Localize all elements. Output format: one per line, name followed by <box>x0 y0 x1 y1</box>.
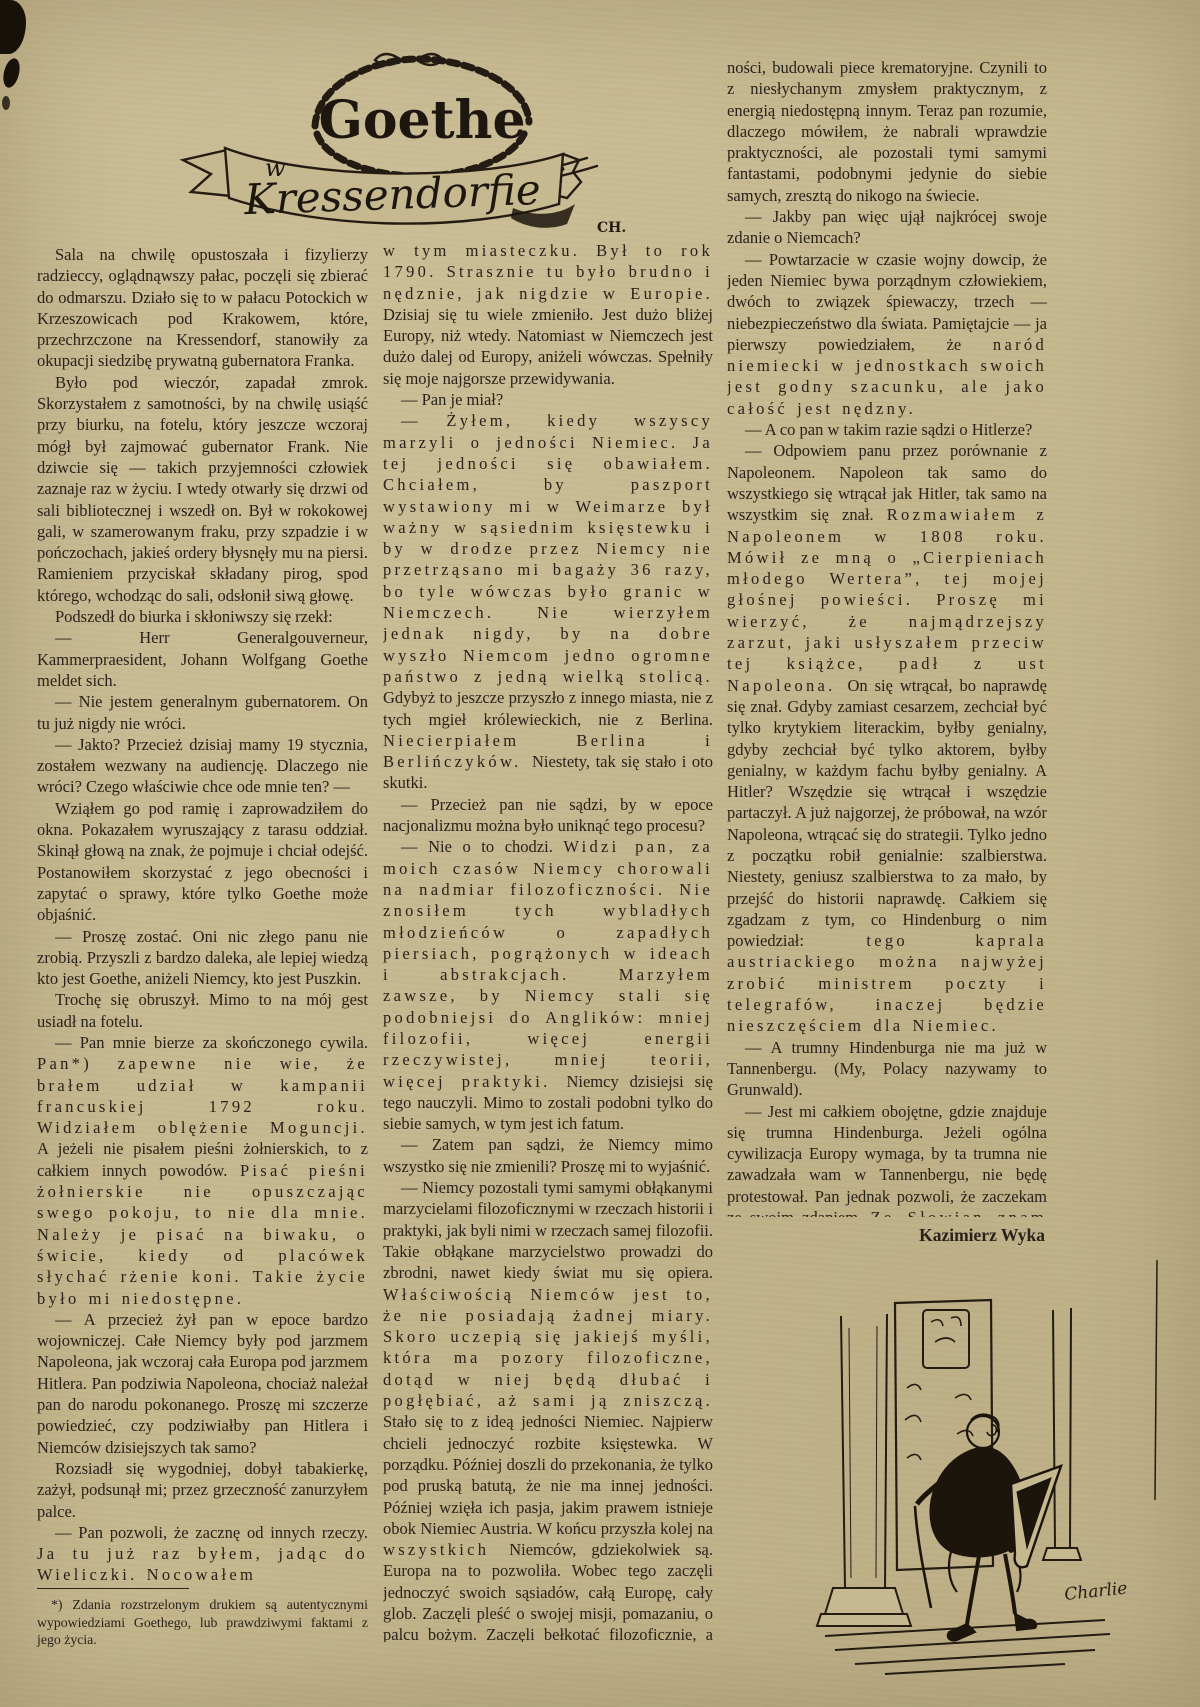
text-run: — A co pan w takim razie sądzi o Hitlerz… <box>745 420 1032 439</box>
emphasized-goethe-quote: wszystkich <box>383 1540 509 1559</box>
text-column-1: Sala na chwilę opustoszała i fizylierzy … <box>37 244 368 1584</box>
text-run: — Zatem pan sądzi, że Niemcy mimo wszyst… <box>383 1135 713 1175</box>
paragraph: — Herr Generalgouverneur, Kammerpraeside… <box>37 627 368 691</box>
emphasized-goethe-quote: Ja tu już raz byłem, jadąc do Wieliczki.… <box>37 1544 368 1584</box>
paragraph: — Powtarzacie w czasie wojny dowcip, że … <box>727 249 1047 419</box>
ribbon-left-tail <box>183 150 231 196</box>
footnote: *) Zdania rozstrzelonym drukiem są auten… <box>37 1588 368 1649</box>
text-run: ności, budowali piece krematoryjne. Czyn… <box>727 58 1047 205</box>
paragraph: — Pan je miał? <box>383 389 713 410</box>
footnote-rule <box>37 1588 189 1589</box>
text-run: — Nie o to chodzi. <box>401 837 563 856</box>
paragraph: — A co pan w takim razie sądzi o Hitlerz… <box>727 419 1047 440</box>
paragraph: — A trumny Hindenburga nie ma już w Tann… <box>727 1037 1047 1101</box>
paragraph: Trochę się obruszył. Mimo to na mój gest… <box>37 989 368 1032</box>
text-run: Trochę się obruszył. Mimo to na mój gest… <box>37 990 368 1030</box>
cane <box>915 1506 931 1608</box>
paragraph: w tym miasteczku. Był to rok 1790. Stras… <box>383 240 713 389</box>
text-run: Wziąłem go pod ramię i zaprowadziłem do … <box>37 799 368 924</box>
text-run: — Jakby pan więc ujął najkrócej swoje zd… <box>727 207 1047 247</box>
figure-head <box>967 1416 999 1448</box>
paragraph: Było pod wieczór, zapadał zmrok. Skorzys… <box>37 372 368 606</box>
emphasized-goethe-quote: Właściwością Niemców jest to, że nie pos… <box>383 1285 713 1410</box>
text-run: Sala na chwilę opustoszała i fizylierzy … <box>37 245 368 370</box>
illustrator-signature: Charlie <box>1063 1578 1128 1604</box>
title-art-svg: Goethe w Kressendorfie CH. <box>165 46 645 244</box>
text-run: On się wtrącał, bo naprawdę się znał. Gd… <box>727 676 1047 951</box>
paragraph: — Przecież pan nie sądzi, by w epoce nac… <box>383 794 713 837</box>
paragraph: — Jest mi całkiem obojętne, gdzie znajdu… <box>727 1101 1047 1217</box>
door-window <box>923 1310 969 1368</box>
text-run: Gdybyż to jeszcze przyszło z innego mias… <box>383 688 713 728</box>
paragraph: — Żyłem, kiedy wszyscy marzyli o jednośc… <box>383 410 713 793</box>
scan-artifact <box>2 96 10 110</box>
title-kressendorfie: Kressendorfie <box>243 165 542 224</box>
figure-shoe-left <box>948 1624 975 1641</box>
paragraph: — Nie o to chodzi. Widzi pan, za moich c… <box>383 836 713 1134</box>
paragraph: — Proszę zostać. Oni nic złego panu nie … <box>37 926 368 990</box>
text-run: — Herr Generalgouverneur, Kammerpraeside… <box>37 628 368 690</box>
text-run: — Przecież pan nie sądzi, by w epoce nac… <box>383 795 713 835</box>
emphasized-goethe-quote: Pisać pieśni żołnierskie nie opuszczając… <box>37 1161 368 1308</box>
text-run: — Pan mnie bierze za skończonego cywila. <box>55 1033 368 1052</box>
text-column-2: w tym miasteczku. Był to rok 1790. Stras… <box>383 240 713 1642</box>
figure-legs <box>967 1554 1015 1624</box>
emphasized-goethe-quote: Widzi pan, za moich czasów Niemcy chorow… <box>383 837 713 1090</box>
scan-artifact <box>0 0 26 54</box>
paragraph: — Jakby pan więc ujął najkrócej swoje zd… <box>727 206 1047 249</box>
scan-artifact <box>1 57 23 90</box>
illustration-svg: Charlie <box>765 1248 1180 1680</box>
left-column-base <box>825 1588 903 1614</box>
paragraph: — Odpowiem panu przez porównanie z Napol… <box>727 440 1047 1036</box>
text-run: Stało się to z ideą jedności Niemiec. Na… <box>383 1412 713 1537</box>
emphasized-goethe-quote: w tym miasteczku. Był to rok 1790. Stras… <box>383 241 713 303</box>
text-run: Podszedł do biurka i skłoniwszy się rzek… <box>55 607 333 626</box>
byline: Kazimierz Wyka <box>727 1225 1047 1246</box>
right-column-base <box>1043 1548 1081 1560</box>
goethe-walking-illustration: Charlie <box>765 1248 1180 1680</box>
emphasized-goethe-quote: Żyłem, kiedy wszyscy marzyli o jedności … <box>383 411 713 686</box>
paragraph: — Nie jestem generalnym gubernatorem. On… <box>37 691 368 734</box>
footnote-text: *) Zdania rozstrzelonym drukiem są auten… <box>37 1596 368 1649</box>
text-column-3: ności, budowali piece krematoryjne. Czyn… <box>727 57 1047 1246</box>
paragraph: Podszedł do biurka i skłoniwszy się rzek… <box>37 606 368 627</box>
paragraph: — Zatem pan sądzi, że Niemcy mimo wszyst… <box>383 1134 713 1177</box>
paragraph: ności, budowali piece krematoryjne. Czyn… <box>727 57 1047 206</box>
text-run: — Pan je miał? <box>401 390 503 409</box>
text-run: Było pod wieczór, zapadał zmrok. Skorzys… <box>37 373 368 605</box>
text-run: — <box>401 411 446 430</box>
figure-shoe-right <box>1015 1614 1036 1630</box>
text-run: — Pan pozwoli, że zacznę od innych rzecz… <box>55 1523 368 1542</box>
text-run: — Nie jestem generalnym gubernatorem. On… <box>37 692 368 732</box>
paragraph: — Pan pozwoli, że zacznę od innych rzecz… <box>37 1522 368 1584</box>
text-run: — Niemcy pozostali tymi samymi obłąkanym… <box>383 1178 713 1282</box>
text-run: — Jakto? Przecież dzisiaj mamy 19 styczn… <box>37 735 368 797</box>
paragraph: — Pan mnie bierze za skończonego cywila.… <box>37 1032 368 1309</box>
text-run: — Jest mi całkiem obojętne, gdzie znajdu… <box>727 1102 1047 1217</box>
text-run: — A trumny Hindenburga nie ma już w Tann… <box>727 1038 1047 1100</box>
paragraph: Wziąłem go pod ramię i zaprowadziłem do … <box>37 798 368 926</box>
column-paragraphs: ności, budowali piece krematoryjne. Czyn… <box>727 57 1047 1217</box>
text-run: — A przecież żył pan w epoce bardzo wojo… <box>37 1310 368 1457</box>
wall-line <box>1155 1260 1157 1500</box>
article-title-illustration: Goethe w Kressendorfie CH. <box>165 46 645 244</box>
artist-signature: CH. <box>597 220 626 236</box>
text-run: Rozsiadł się wygodniej, dobył tabakierkę… <box>37 1459 368 1521</box>
paragraph: — A przecież żył pan w epoce bardzo wojo… <box>37 1309 368 1458</box>
emphasized-goethe-quote: Pan*) zapewne nie wie, że brałem udział … <box>37 1054 368 1137</box>
left-column <box>841 1314 887 1588</box>
paragraph: — Jakto? Przecież dzisiaj mamy 19 styczn… <box>37 734 368 798</box>
text-run: Dzisiaj się tu wiele zmieniło. Jest dużo… <box>383 305 713 388</box>
paragraph: Rozsiadł się wygodniej, dobył tabakierkę… <box>37 1458 368 1522</box>
right-column <box>1053 1308 1071 1548</box>
emphasized-goethe-quote: Rozmawiałem z Napoleonem w 1808 roku. Mó… <box>727 505 1047 694</box>
paragraph: — Niemcy pozostali tymi samymi obłąkanym… <box>383 1177 713 1642</box>
title-goethe: Goethe <box>318 90 525 151</box>
text-run: — Proszę zostać. Oni nic złego panu nie … <box>37 927 368 989</box>
newspaper-page: Goethe w Kressendorfie CH. Sala na chwil… <box>0 0 1200 1707</box>
paragraph: Sala na chwilę opustoszała i fizylierzy … <box>37 244 368 372</box>
